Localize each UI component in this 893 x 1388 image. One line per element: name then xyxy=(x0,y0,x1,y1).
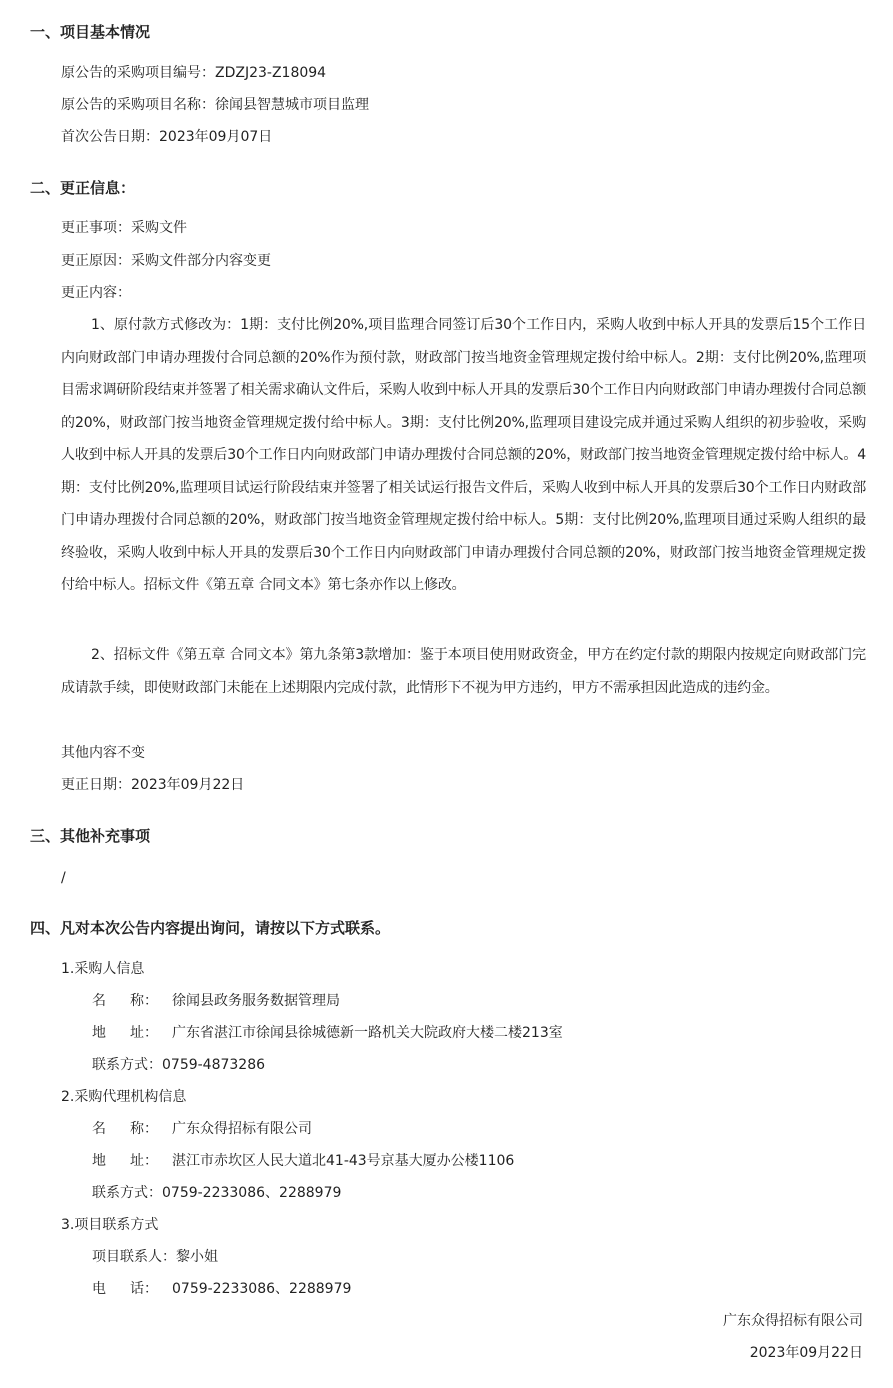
project-contact-heading: 3.项目联系方式 xyxy=(61,1215,158,1235)
signature-org: 广东众得招标有限公司 xyxy=(723,1311,863,1331)
correction-paragraph-1: 1、原付款方式修改为：1期：支付比例20%,项目监理合同签订后30个工作日内，采… xyxy=(61,309,866,602)
signature-date: 2023年09月22日 xyxy=(750,1343,863,1363)
section-other-title: 三、其他补充事项 xyxy=(30,826,150,846)
correction-reason: 更正原因：采购文件部分内容变更 xyxy=(61,251,271,271)
section-correction-title: 二、更正信息： xyxy=(30,178,135,198)
project-name: 原公告的采购项目名称：徐闻县智慧城市项目监理 xyxy=(61,95,369,115)
agency-heading: 2.采购代理机构信息 xyxy=(61,1087,186,1107)
project-number: 原公告的采购项目编号：ZDZJ23-Z18094 xyxy=(61,63,326,83)
project-contact-person: 项目联系人：黎小姐 xyxy=(92,1247,218,1267)
agency-name: 名称：广东众得招标有限公司 xyxy=(92,1119,312,1139)
project-contact-phone: 电话：0759-2233086、2288979 xyxy=(92,1279,351,1299)
first-announcement-date: 首次公告日期：2023年09月07日 xyxy=(61,127,272,147)
other-unchanged: 其他内容不变 xyxy=(61,743,145,763)
other-content: / xyxy=(61,868,66,888)
correction-item: 更正事项：采购文件 xyxy=(61,218,187,238)
purchaser-address: 地址：广东省湛江市徐闻县徐城德新一路机关大院政府大楼二楼213室 xyxy=(92,1023,563,1043)
purchaser-heading: 1.采购人信息 xyxy=(61,959,144,979)
purchaser-phone: 联系方式：0759-4873286 xyxy=(92,1055,265,1075)
agency-address: 地址：湛江市赤坎区人民大道北41-43号京基大厦办公楼1106 xyxy=(92,1151,514,1171)
section-basic-title: 一、项目基本情况 xyxy=(30,22,150,42)
section-contact-title: 四、凡对本次公告内容提出询问，请按以下方式联系。 xyxy=(30,918,390,938)
purchaser-name: 名称：徐闻县政务服务数据管理局 xyxy=(92,991,340,1011)
correction-paragraph-2: 2、招标文件《第五章 合同文本》第九条第3款增加：鉴于本项目使用财政资金，甲方在… xyxy=(61,639,866,704)
correction-date: 更正日期：2023年09月22日 xyxy=(61,775,244,795)
correction-content-label: 更正内容： xyxy=(61,283,131,303)
agency-phone: 联系方式：0759-2233086、2288979 xyxy=(92,1183,341,1203)
